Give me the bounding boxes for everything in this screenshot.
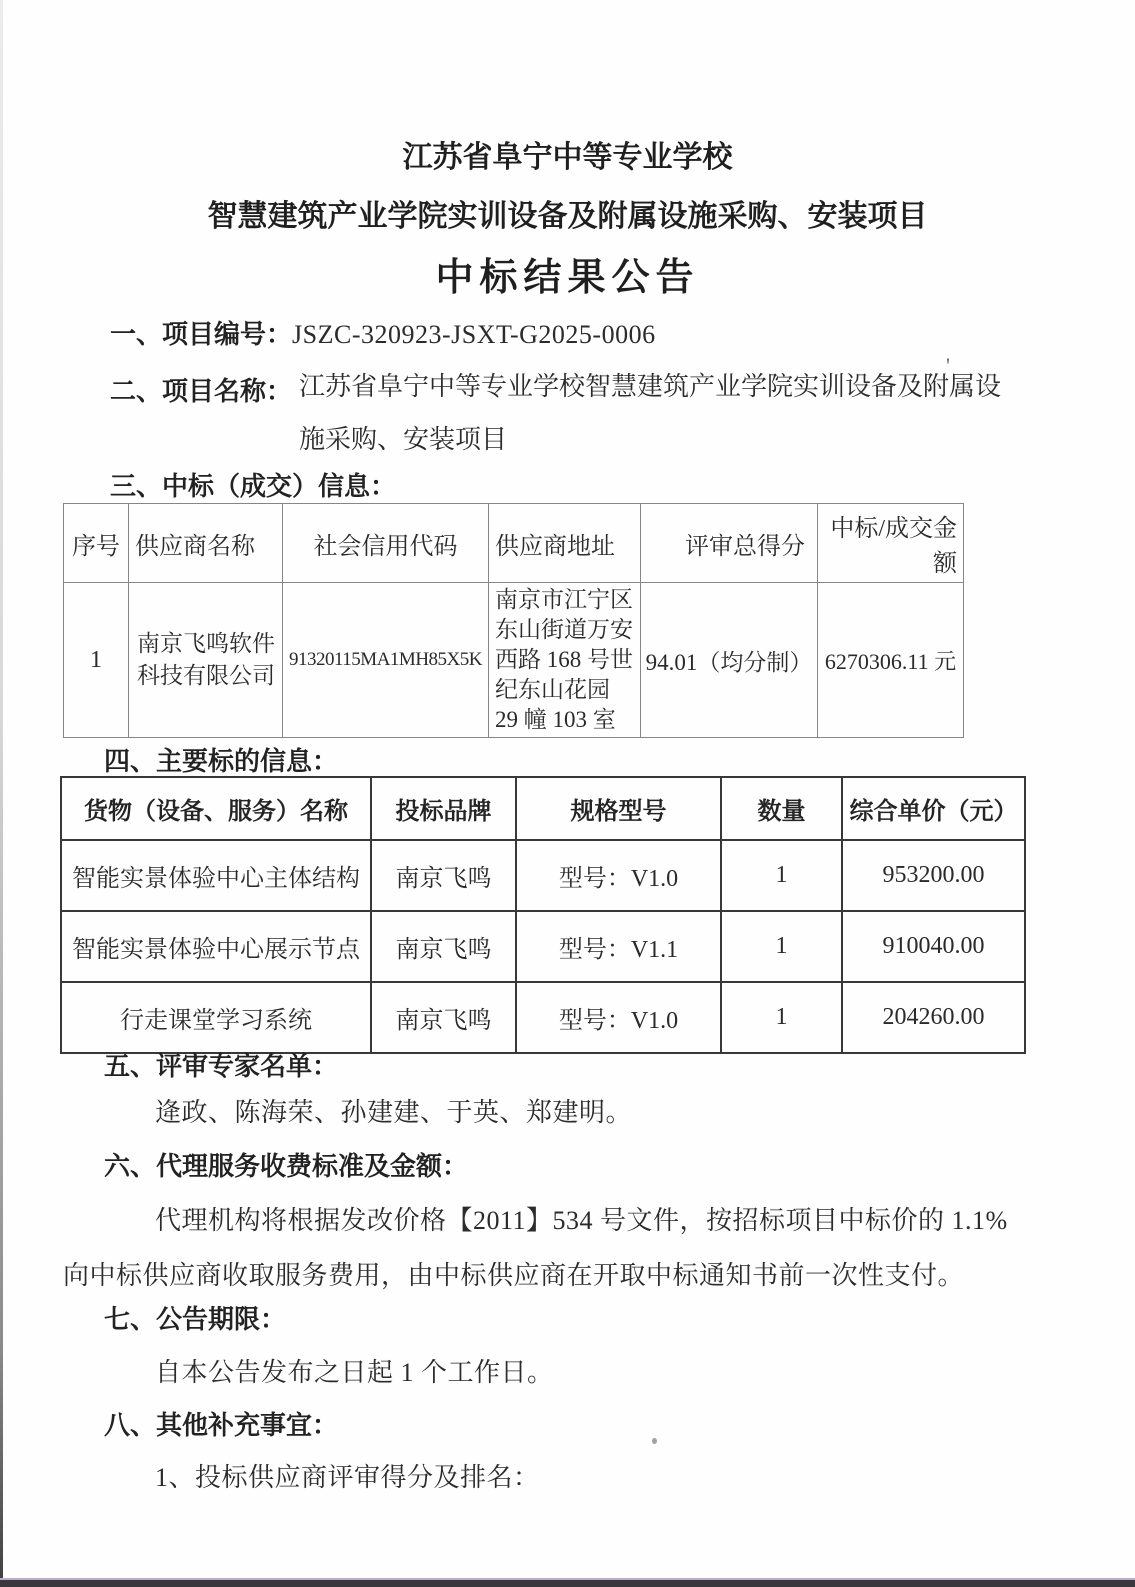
item-cell-model: 型号：V1.1 — [516, 911, 721, 982]
award-table-header-row: 序号 供应商名称 社会信用代码 供应商地址 评审总得分 中标/成交金额 — [64, 504, 964, 583]
document-title-school: 江苏省阜宁中等专业学校 — [0, 132, 1135, 176]
award-th-address: 供应商地址 — [489, 504, 641, 583]
items-table-row: 行走课堂学习系统 南京飞鸣 型号：V1.0 1 204260.00 — [61, 982, 1025, 1053]
items-th-brand: 投标品牌 — [371, 777, 516, 840]
project-name-label: 二、项目名称： — [110, 371, 292, 408]
item-cell-brand: 南京飞鸣 — [371, 982, 516, 1053]
award-cell-address: 南京市江宁区东山街道万安西路 168 号世纪东山花园 29 幢 103 室 — [489, 583, 641, 738]
award-th-amount: 中标/成交金额 — [818, 504, 964, 583]
section-agency-fee-heading: 六、代理服务收费标准及金额： — [104, 1146, 468, 1183]
project-number-value: JSZC-320923-JSXT-G2025-0006 — [292, 320, 656, 350]
section-experts-heading: 五、评审专家名单： — [104, 1046, 338, 1083]
item-cell-name: 智能实景体验中心主体结构 — [61, 840, 371, 911]
award-th-credit-code: 社会信用代码 — [283, 504, 489, 583]
experts-names: 逄政、陈海荣、孙建建、于英、郑建明。 — [155, 1092, 632, 1129]
item-cell-qty: 1 — [721, 982, 842, 1053]
items-th-unit-price: 综合单价（元） — [842, 777, 1025, 840]
items-table-header-row: 货物（设备、服务）名称 投标品牌 规格型号 数量 综合单价（元） — [61, 777, 1025, 840]
award-th-score: 评审总得分 — [641, 504, 818, 583]
agency-fee-paragraph-line2: 向中标供应商收取服务费用，由中标供应商在开取中标通知书前一次性支付。 — [63, 1255, 964, 1292]
document-title-announcement: 中标结果公告 — [0, 246, 1135, 301]
items-table-row: 智能实景体验中心展示节点 南京飞鸣 型号：V1.1 1 910040.00 — [61, 911, 1025, 982]
items-table: 货物（设备、服务）名称 投标品牌 规格型号 数量 综合单价（元） 智能实景体验中… — [60, 776, 1026, 1054]
award-cell-index: 1 — [64, 583, 129, 738]
award-table-row: 1 南京飞鸣软件科技有限公司 91320115MA1MH85X5K 南京市江宁区… — [64, 583, 964, 738]
scan-artifact: ' — [946, 360, 952, 372]
page-left-edge — [0, 0, 3, 1587]
document-title-project: 智慧建筑产业学院实训设备及附属设施采购、安装项目 — [0, 191, 1135, 235]
award-cell-supplier: 南京飞鸣软件科技有限公司 — [129, 583, 283, 738]
scan-artifact — [652, 1438, 657, 1444]
award-cell-score: 94.01（均分制） — [641, 583, 818, 738]
section-award-info-heading: 三、中标（成交）信息： — [110, 466, 396, 503]
award-result-table: 序号 供应商名称 社会信用代码 供应商地址 评审总得分 中标/成交金额 1 南京… — [63, 503, 964, 738]
item-cell-qty: 1 — [721, 840, 842, 911]
item-cell-brand: 南京飞鸣 — [371, 911, 516, 982]
item-cell-unit-price: 204260.00 — [842, 982, 1025, 1053]
items-th-model: 规格型号 — [516, 777, 721, 840]
project-name-value: 江苏省阜宁中等专业学校智慧建筑产业学院实训设备及附属设施采购、安装项目 — [299, 360, 1009, 466]
items-th-qty: 数量 — [721, 777, 842, 840]
award-th-supplier: 供应商名称 — [129, 504, 283, 583]
items-th-name: 货物（设备、服务）名称 — [61, 777, 371, 840]
award-cell-credit-code: 91320115MA1MH85X5K — [283, 583, 489, 738]
item-cell-name: 行走课堂学习系统 — [61, 982, 371, 1053]
section-notice-period-heading: 七、公告期限： — [104, 1299, 286, 1336]
item-cell-unit-price: 910040.00 — [842, 911, 1025, 982]
item-cell-model: 型号：V1.0 — [516, 840, 721, 911]
items-table-row: 智能实景体验中心主体结构 南京飞鸣 型号：V1.0 1 953200.00 — [61, 840, 1025, 911]
section-items-info-heading: 四、主要标的信息： — [104, 741, 338, 778]
section-project-number: 一、项目编号： JSZC-320923-JSXT-G2025-0006 — [110, 314, 656, 351]
item-cell-name: 智能实景体验中心展示节点 — [61, 911, 371, 982]
item-cell-brand: 南京飞鸣 — [371, 840, 516, 911]
award-th-index: 序号 — [64, 504, 129, 583]
section-other-heading: 八、其他补充事宜： — [104, 1405, 338, 1442]
project-number-label: 一、项目编号： — [110, 314, 292, 351]
agency-fee-paragraph-line1: 代理机构将根据发改价格【2011】534 号文件，按招标项目中标价的 1.1% — [155, 1200, 1008, 1237]
item-cell-qty: 1 — [721, 911, 842, 982]
item-cell-unit-price: 953200.00 — [842, 840, 1025, 911]
other-subitem-scores-ranking: 1、投标供应商评审得分及排名： — [155, 1457, 540, 1494]
item-cell-model: 型号：V1.0 — [516, 982, 721, 1053]
scanned-document-page: 江苏省阜宁中等专业学校 智慧建筑产业学院实训设备及附属设施采购、安装项目 中标结… — [0, 0, 1135, 1587]
page-bottom-edge — [0, 1580, 1135, 1587]
award-cell-amount: 6270306.11 元 — [818, 583, 964, 738]
notice-period-body: 自本公告发布之日起 1 个工作日。 — [155, 1352, 554, 1389]
